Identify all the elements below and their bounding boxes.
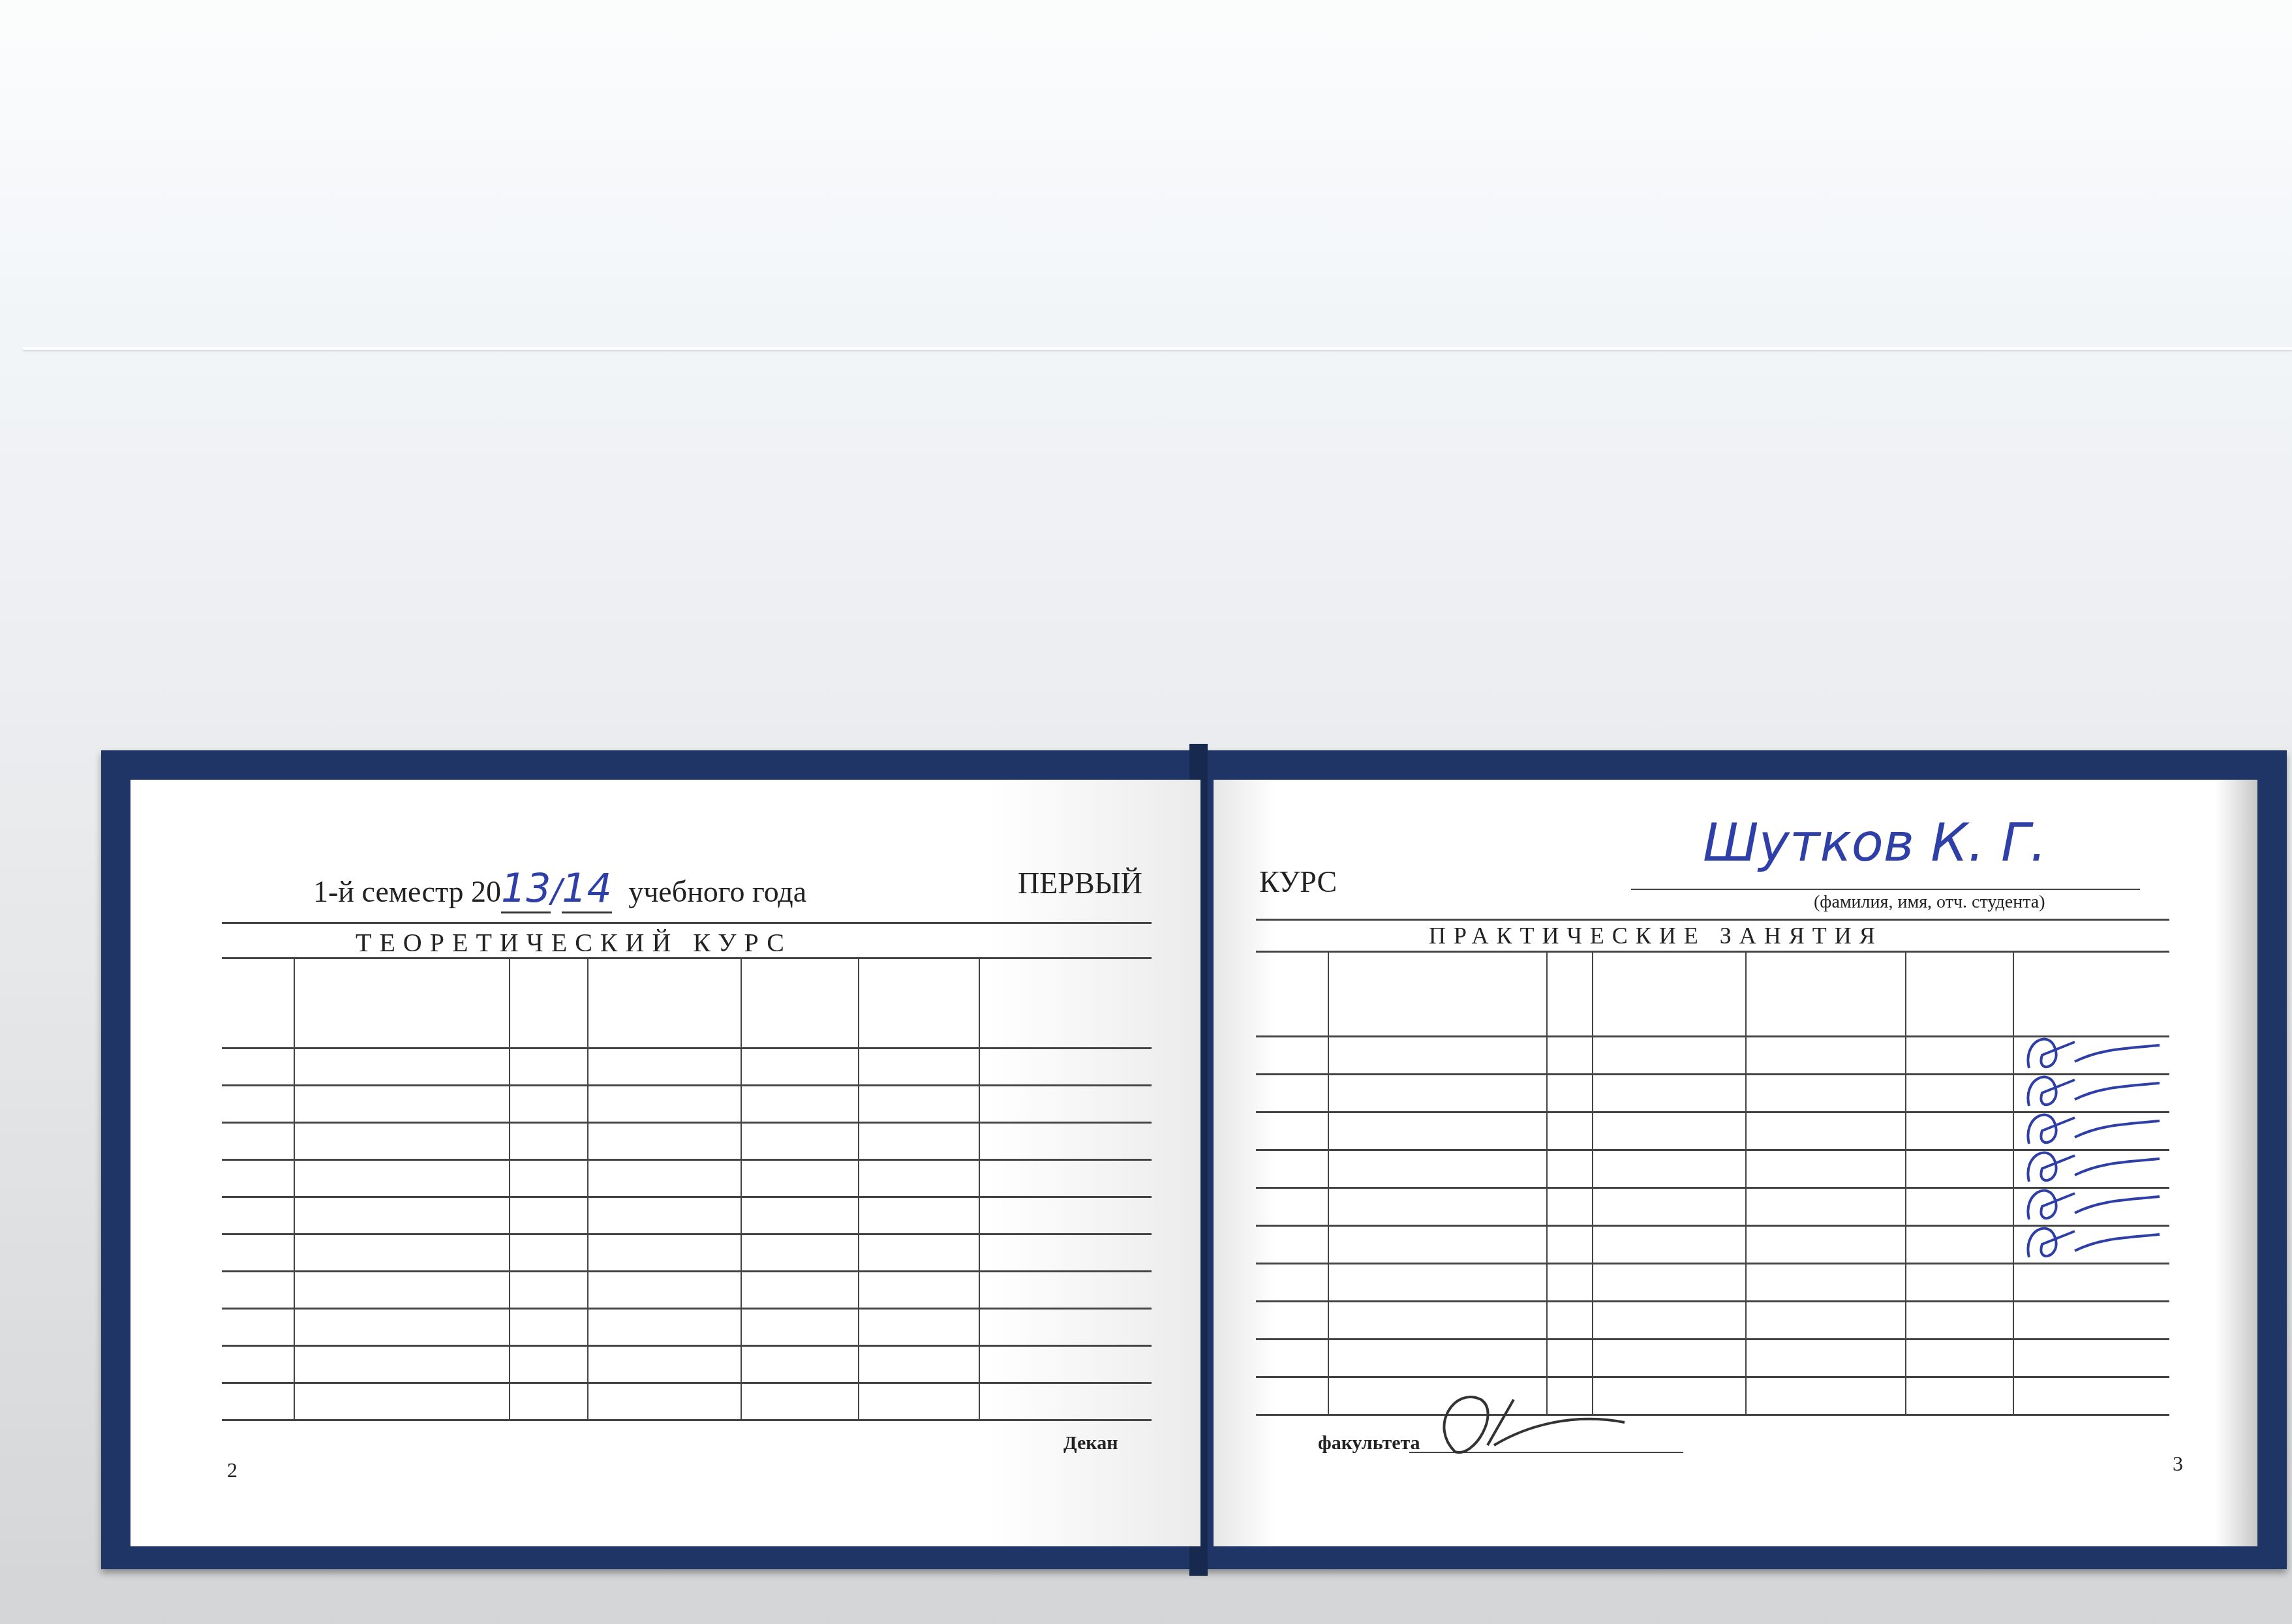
page-left: 1-й семестр 2013/14 учебного года ПЕРВЫЙ… [130,780,1200,1546]
page-right: КУРС Шутков К. Г. (фамилия, имя, отч. ст… [1214,780,2257,1546]
scanner-fold [23,347,2292,350]
semester-line: 1-й семестр 2013/14 учебного года [313,866,806,913]
dean-signature [1429,1387,1638,1465]
dean-label: Декан [1063,1432,1118,1454]
page-number-right: 3 [2173,1452,2183,1476]
teacher-signature [2016,1218,2166,1270]
student-name: Шутков К. Г. [1703,812,2047,873]
course-word-right: КУРС [1259,865,1337,899]
section-title-practice: ПРАКТИЧЕСКИЕ ЗАНЯТИЯ [1429,922,1883,949]
year-separator: / [551,872,562,910]
faculty-label: факультета [1318,1432,1420,1454]
student-caption: (фамилия, имя, отч. студента) [1814,892,2045,913]
year-suffix: учебного года [628,875,806,908]
page-number-left: 2 [227,1458,237,1482]
year-end: 14 [562,866,611,913]
year-start: 13 [501,866,551,913]
section-title-theory: ТЕОРЕТИЧЕСКИЙ КУРС [356,927,792,958]
semester-prefix: 1-й семестр 20 [313,875,501,908]
course-word-left: ПЕРВЫЙ [1018,866,1142,900]
